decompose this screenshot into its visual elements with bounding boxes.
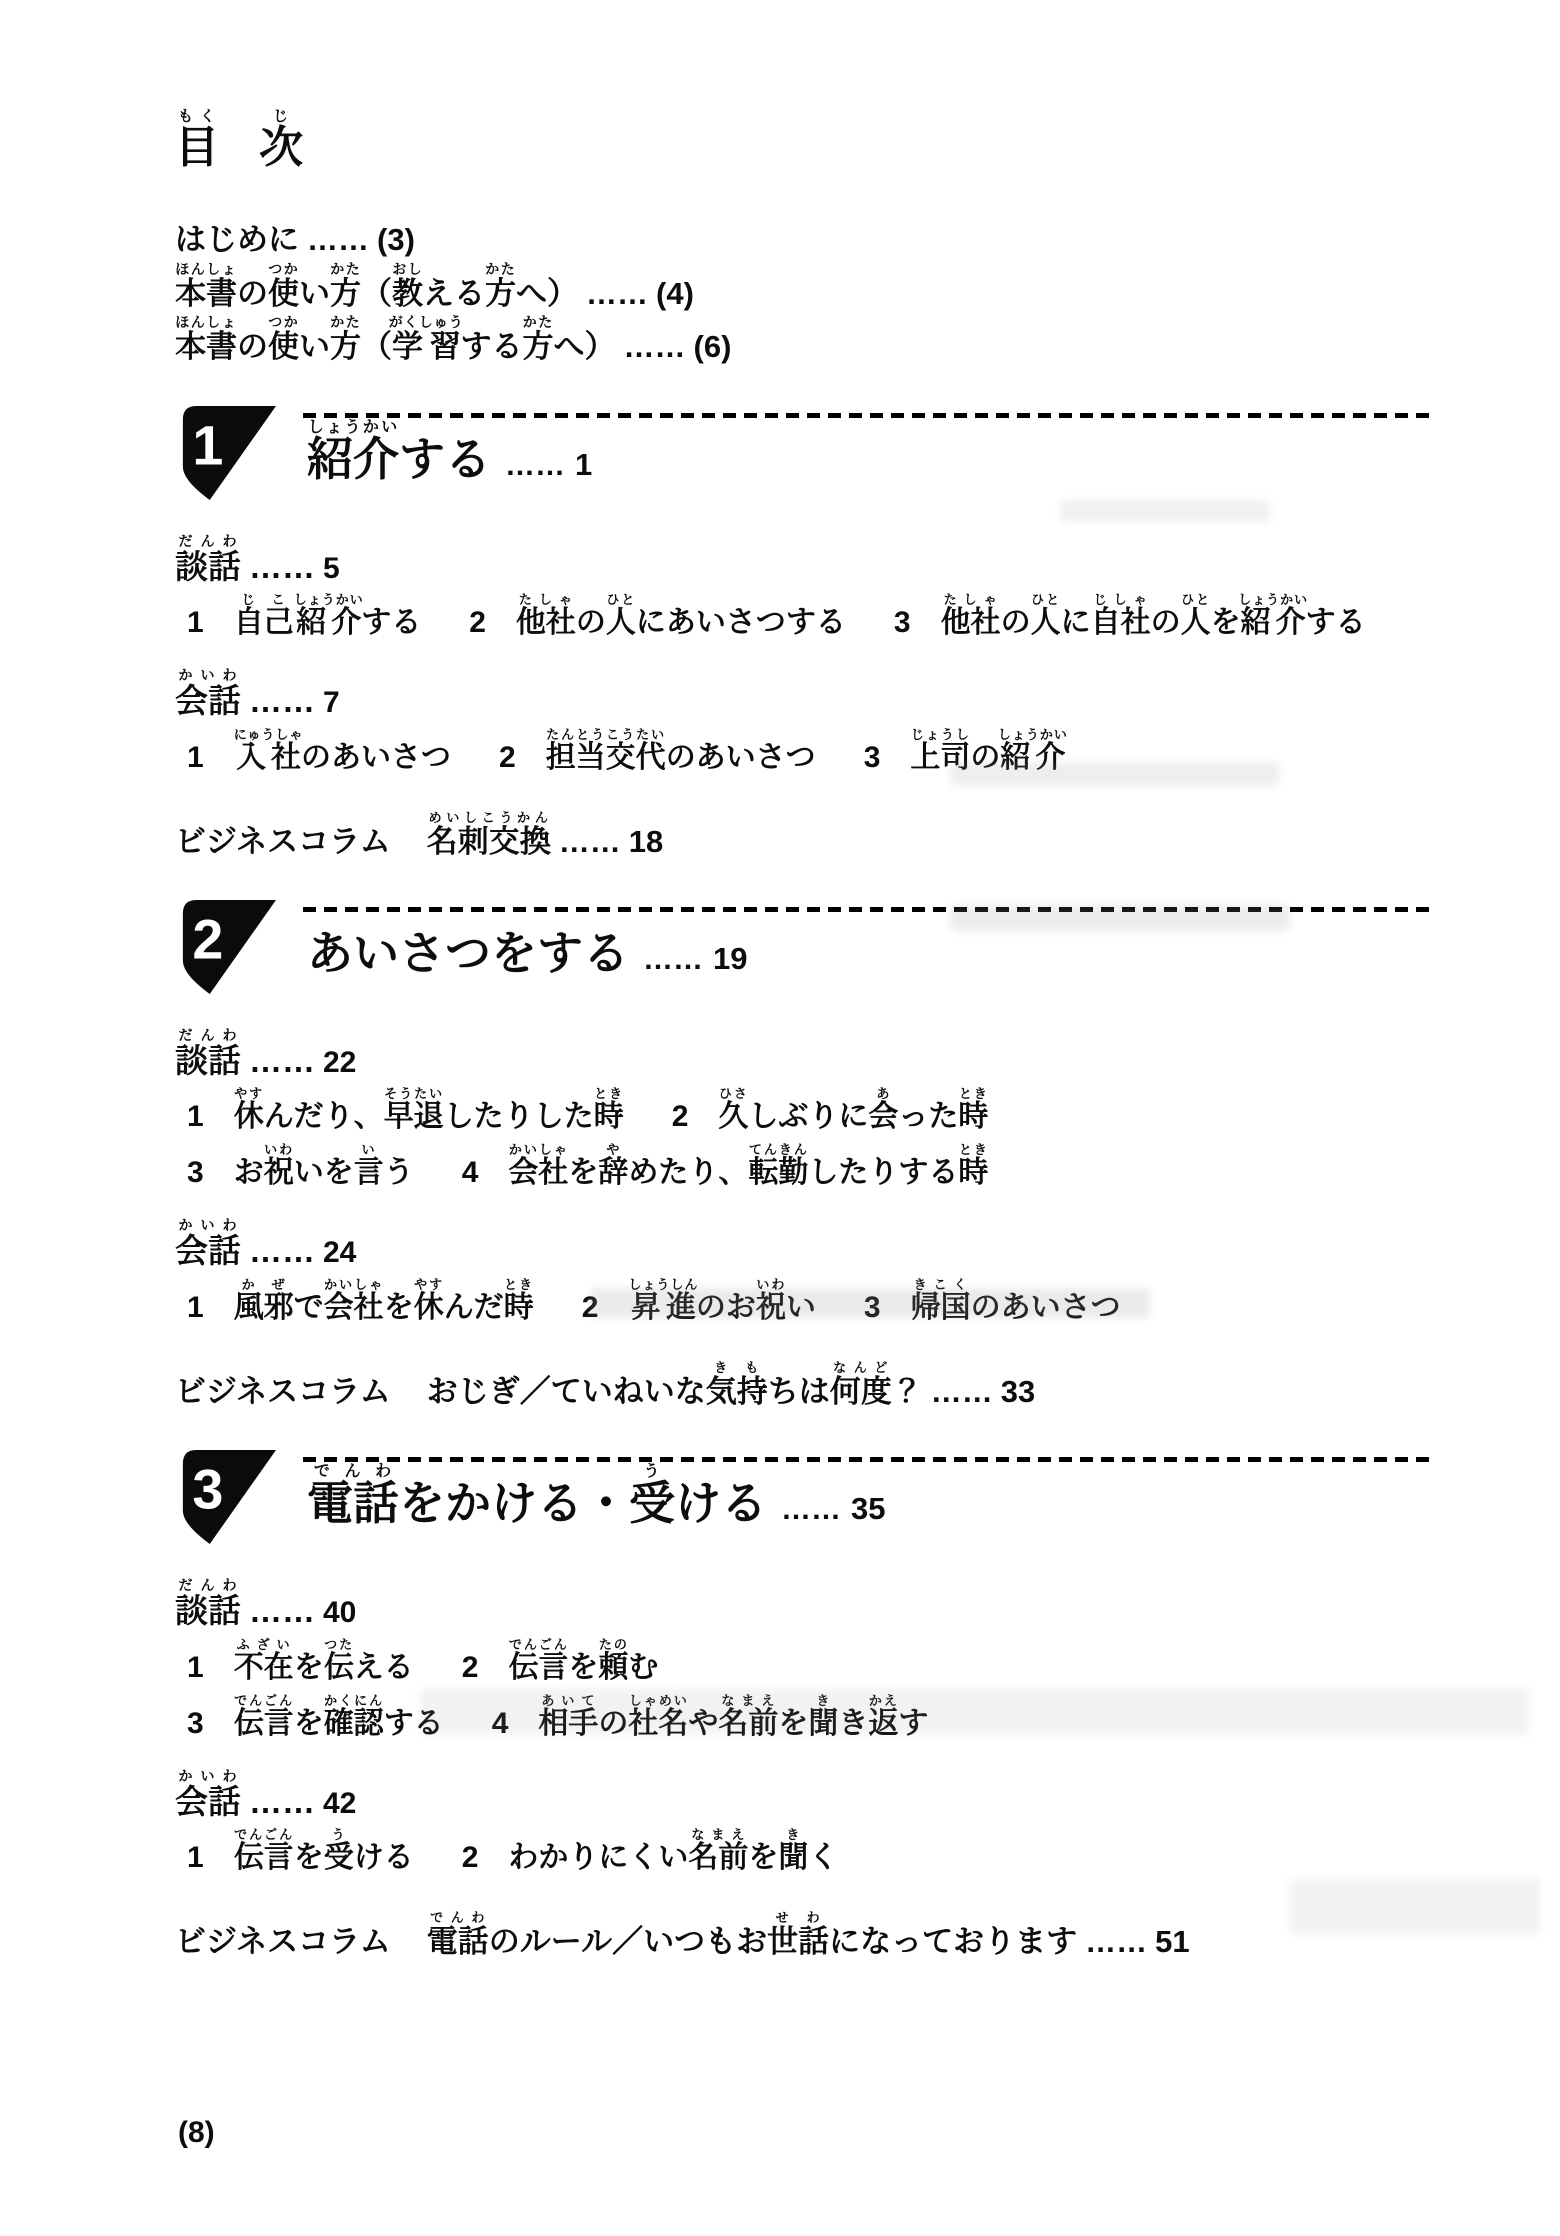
business-column-line: ビジネスコラム電話でんわのルール／いつもお世話せわになっております……51 [175, 1906, 1432, 1960]
frontmatter-item: 本書ほんしょの使つかい方かた（学習がくしゅうする方かたへ）……(6) [175, 311, 1432, 365]
leader-dots: …… [781, 1493, 841, 1526]
page-ref: 51 [1155, 1924, 1189, 1959]
frontmatter-text: 本書ほんしょの使つかい方かた（教おしえる方かたへ） [175, 276, 578, 311]
page-ref: 22 [323, 1046, 356, 1079]
page-ref: (6) [694, 329, 732, 364]
section-label: 談話だんわ [175, 548, 241, 585]
chapter-section: 会話かいわ……421伝言でんごんを受うける2わかりにくい名前なまえを聞きく [175, 1766, 1432, 1876]
chapter-body: 談話だんわ……401不在ふざいを伝つたえる2伝言でんごんを頼たのむ3伝言でんごん… [175, 1575, 1432, 1959]
dashed-divider [303, 413, 1432, 418]
item-text: 自己じこ紹介しょうかいする [234, 606, 422, 639]
business-column-label: ビジネスコラム [175, 1374, 391, 1409]
chapter-badge-shape: 1 [180, 405, 276, 501]
chapter-body: 談話だんわ……51自己じこ紹介しょうかいする2他社たしゃの人ひとにあいさつする3… [175, 531, 1432, 859]
page-ref: 1 [575, 447, 592, 482]
chapter-badge-shape: 2 [180, 899, 276, 995]
scan-artifact [950, 762, 1280, 786]
page-ref: 7 [323, 686, 340, 719]
scan-artifact [1060, 500, 1270, 522]
toc-item: 2伝言でんごんを頼たのむ [462, 1651, 659, 1684]
toc-item: 2他社たしゃの人ひとにあいさつする [469, 606, 846, 639]
chapter-header: 3電話でんわをかける・受うける……35 [175, 1449, 1432, 1551]
chapter-section: 談話だんわ……51自己じこ紹介しょうかいする2他社たしゃの人ひとにあいさつする3… [175, 531, 1432, 641]
leader-dots: …… [586, 276, 648, 311]
page-number: (8) [178, 2116, 215, 2150]
chapter-header: 1紹介しょうかいする……1 [175, 405, 1432, 507]
scan-artifact [1290, 1878, 1540, 1934]
scan-artifact [950, 905, 1290, 931]
chapter-number-badge: 3 [180, 1449, 276, 1545]
item-text: 他社たしゃの人ひとに自社じしゃの人ひとを紹介しょうかいする [941, 606, 1366, 639]
leader-dots: …… [249, 1042, 315, 1079]
chapter-number-badge: 1 [180, 405, 276, 501]
item-text: 伝言でんごんを確認かくにんする [234, 1707, 444, 1740]
item-number: 1 [187, 740, 204, 776]
chapter-section: 談話だんわ……221休やすんだり、早退そうたいしたりした時とき2久ひさしぶりに会… [175, 1025, 1432, 1191]
item-number: 1 [187, 605, 204, 641]
page-title: 目もく次じ [175, 100, 1432, 170]
page-ref: (3) [377, 222, 415, 257]
frontmatter-list: はじめに……(3)本書ほんしょの使つかい方かた（教おしえる方かたへ）……(4)本… [175, 204, 1432, 365]
item-text: 伝言でんごんを受うける [234, 1841, 414, 1874]
page-ref: 19 [713, 941, 747, 976]
item-number: 2 [469, 605, 486, 641]
leader-dots: …… [249, 1592, 315, 1629]
leader-dots: …… [505, 449, 565, 482]
frontmatter-text: はじめに [175, 222, 299, 257]
chapter-badge-shape: 3 [180, 1449, 276, 1545]
item-text: 会社かいしゃを辞やめたり、転勤てんきんしたりする時とき [508, 1156, 988, 1189]
section-item-line: 1自己じこ紹介しょうかいする2他社たしゃの人ひとにあいさつする3他社たしゃの人ひ… [187, 585, 1432, 641]
section-item-line: 3お祝いわいを言いう4会社かいしゃを辞やめたり、転勤てんきんしたりする時とき [187, 1135, 1432, 1191]
business-column-text: 電話でんわのルール／いつもお世話せわになっております [427, 1924, 1077, 1959]
item-number: 4 [462, 1155, 479, 1191]
section-heading: 談話だんわ……22 [175, 1025, 1432, 1079]
page-ref: 33 [1001, 1374, 1035, 1409]
toc-item: 3他社たしゃの人ひとに自社じしゃの人ひとを紹介しょうかいする [894, 606, 1366, 639]
item-number: 3 [864, 740, 881, 776]
item-number: 2 [462, 1650, 479, 1686]
chapter-body: 談話だんわ……221休やすんだり、早退そうたいしたりした時とき2久ひさしぶりに会… [175, 1025, 1432, 1409]
item-text: 他社たしゃの人ひとにあいさつする [516, 606, 846, 639]
section-label: 会話かいわ [175, 1232, 241, 1269]
toc-item: 3お祝いわいを言いう [187, 1156, 414, 1189]
item-number: 1 [187, 1840, 204, 1876]
toc-item: 1風邪かぜで会社かいしゃを休やすんだ時とき [187, 1291, 534, 1324]
page-ref: 18 [629, 824, 663, 859]
section-heading: 会話かいわ……42 [175, 1766, 1432, 1820]
item-number: 3 [187, 1155, 204, 1191]
toc-item: 1伝言でんごんを受うける [187, 1841, 414, 1874]
toc-item: 3伝言でんごんを確認かくにんする [187, 1707, 444, 1740]
svg-text:3: 3 [192, 1459, 223, 1521]
toc-content: 目もく次じ はじめに……(3)本書ほんしょの使つかい方かた（教おしえる方かたへ）… [175, 100, 1432, 1960]
business-column-label: ビジネスコラム [175, 1924, 391, 1959]
leader-dots: …… [1085, 1924, 1147, 1959]
toc-item: 4会社かいしゃを辞やめたり、転勤てんきんしたりする時とき [462, 1156, 989, 1189]
toc-item: 1休やすんだり、早退そうたいしたりした時とき [187, 1100, 624, 1133]
scan-artifact [420, 1688, 1530, 1734]
business-column-line: ビジネスコラムおじぎ／ていねいな気持きもちは何度なんど？……33 [175, 1356, 1432, 1410]
toc-item: 2わかりにくい名前なまえを聞きく [462, 1841, 839, 1874]
frontmatter-text: 本書ほんしょの使つかい方かた（学習がくしゅうする方かたへ） [175, 329, 616, 364]
leader-dots: …… [559, 824, 621, 859]
toc-item: 1入社にゅうしゃのあいさつ [187, 741, 451, 774]
business-column-text: 名刺交換めいしこうかん [427, 824, 551, 859]
svg-text:1: 1 [192, 414, 223, 476]
leader-dots: …… [249, 1783, 315, 1820]
item-number: 2 [462, 1840, 479, 1876]
section-label: 談話だんわ [175, 1042, 241, 1079]
section-label: 会話かいわ [175, 1783, 241, 1820]
leader-dots: …… [249, 1232, 315, 1269]
section-item-line: 1伝言でんごんを受うける2わかりにくい名前なまえを聞きく [187, 1820, 1432, 1876]
section-heading: 会話かいわ……7 [175, 665, 1432, 719]
item-text: わかりにくい名前なまえを聞きく [508, 1841, 838, 1874]
page-ref: 5 [323, 552, 340, 585]
leader-dots: …… [307, 222, 369, 257]
toc-page: 目もく次じ はじめに……(3)本書ほんしょの使つかい方かた（教おしえる方かたへ）… [0, 0, 1560, 2236]
leader-dots: …… [931, 1374, 993, 1409]
page-ref: 40 [323, 1596, 356, 1629]
chapter: 2あいさつをする……19談話だんわ……221休やすんだり、早退そうたいしたりした… [175, 899, 1432, 1409]
item-text: 担当交代たんとうこうたいのあいさつ [546, 741, 816, 774]
toc-item: 1自己じこ紹介しょうかいする [187, 606, 421, 639]
section-heading: 談話だんわ……40 [175, 1575, 1432, 1629]
item-number: 3 [894, 605, 911, 641]
item-text: 不在ふざいを伝つたえる [234, 1651, 414, 1684]
leader-dots: …… [249, 548, 315, 585]
svg-text:2: 2 [192, 909, 223, 971]
item-text: 休やすんだり、早退そうたいしたりした時とき [234, 1100, 624, 1133]
item-number: 1 [187, 1650, 204, 1686]
section-item-line: 1不在ふざいを伝つたえる2伝言でんごんを頼たのむ [187, 1630, 1432, 1686]
dashed-divider [303, 1457, 1432, 1462]
item-number: 3 [187, 1706, 204, 1742]
frontmatter-item: 本書ほんしょの使つかい方かた（教おしえる方かたへ）……(4) [175, 258, 1432, 312]
section-item-line: 1休やすんだり、早退そうたいしたりした時とき2久ひさしぶりに会あった時とき [187, 1079, 1432, 1135]
chapter-section: 会話かいわ……71入社にゅうしゃのあいさつ2担当交代たんとうこうたいのあいさつ3… [175, 665, 1432, 775]
leader-dots: …… [624, 329, 686, 364]
business-column-text: おじぎ／ていねいな気持きもちは何度なんど？ [427, 1374, 923, 1409]
item-number: 1 [187, 1099, 204, 1135]
frontmatter-item: はじめに……(3) [175, 204, 1432, 258]
toc-item: 1不在ふざいを伝つたえる [187, 1651, 414, 1684]
item-text: お祝いわいを言いう [234, 1156, 414, 1189]
chapter: 1紹介しょうかいする……1談話だんわ……51自己じこ紹介しょうかいする2他社たし… [175, 405, 1432, 859]
leader-dots: …… [249, 682, 315, 719]
item-text: 伝言でんごんを頼たのむ [508, 1651, 658, 1684]
page-ref: 35 [851, 1491, 885, 1526]
section-heading: 談話だんわ……5 [175, 531, 1432, 585]
page-ref: 42 [323, 1787, 356, 1820]
business-column-label: ビジネスコラム [175, 824, 391, 859]
item-number: 2 [499, 740, 516, 776]
item-text: 久ひさしぶりに会あった時とき [718, 1100, 988, 1133]
page-ref: (4) [656, 276, 694, 311]
item-number: 1 [187, 1290, 204, 1326]
section-label: 会話かいわ [175, 682, 241, 719]
leader-dots: …… [643, 943, 703, 976]
chapter-number-badge: 2 [180, 899, 276, 995]
toc-item: 2担当交代たんとうこうたいのあいさつ [499, 741, 816, 774]
page-ref: 24 [323, 1236, 356, 1269]
business-column-line: ビジネスコラム名刺交換めいしこうかん……18 [175, 806, 1432, 860]
section-heading: 会話かいわ……24 [175, 1215, 1432, 1269]
item-text: 入社にゅうしゃのあいさつ [234, 741, 451, 774]
scan-artifact [590, 1288, 1150, 1318]
item-number: 2 [672, 1099, 689, 1135]
item-text: 風邪かぜで会社かいしゃを休やすんだ時とき [234, 1291, 534, 1324]
section-label: 談話だんわ [175, 1592, 241, 1629]
toc-item: 2久ひさしぶりに会あった時とき [672, 1100, 989, 1133]
